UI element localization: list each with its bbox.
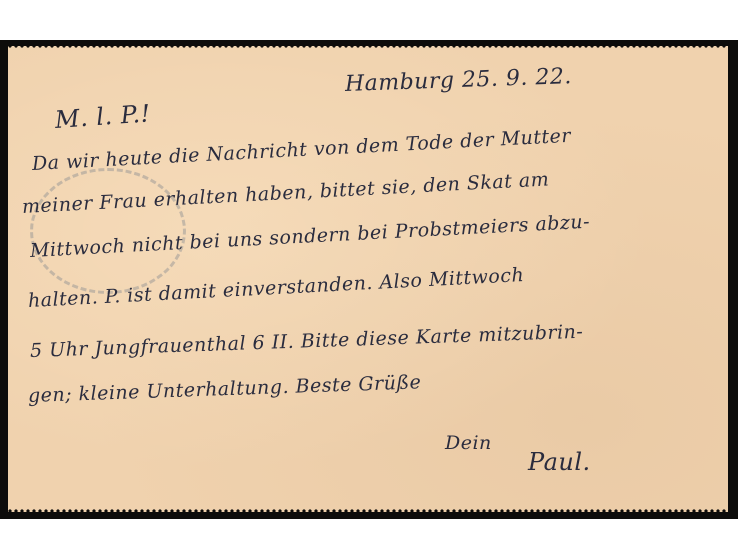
postmark-stamp — [30, 168, 186, 294]
closing: Dein — [445, 432, 492, 454]
perforation-bottom — [8, 509, 728, 513]
signature: Paul. — [528, 448, 591, 476]
perforation-top — [8, 44, 728, 48]
